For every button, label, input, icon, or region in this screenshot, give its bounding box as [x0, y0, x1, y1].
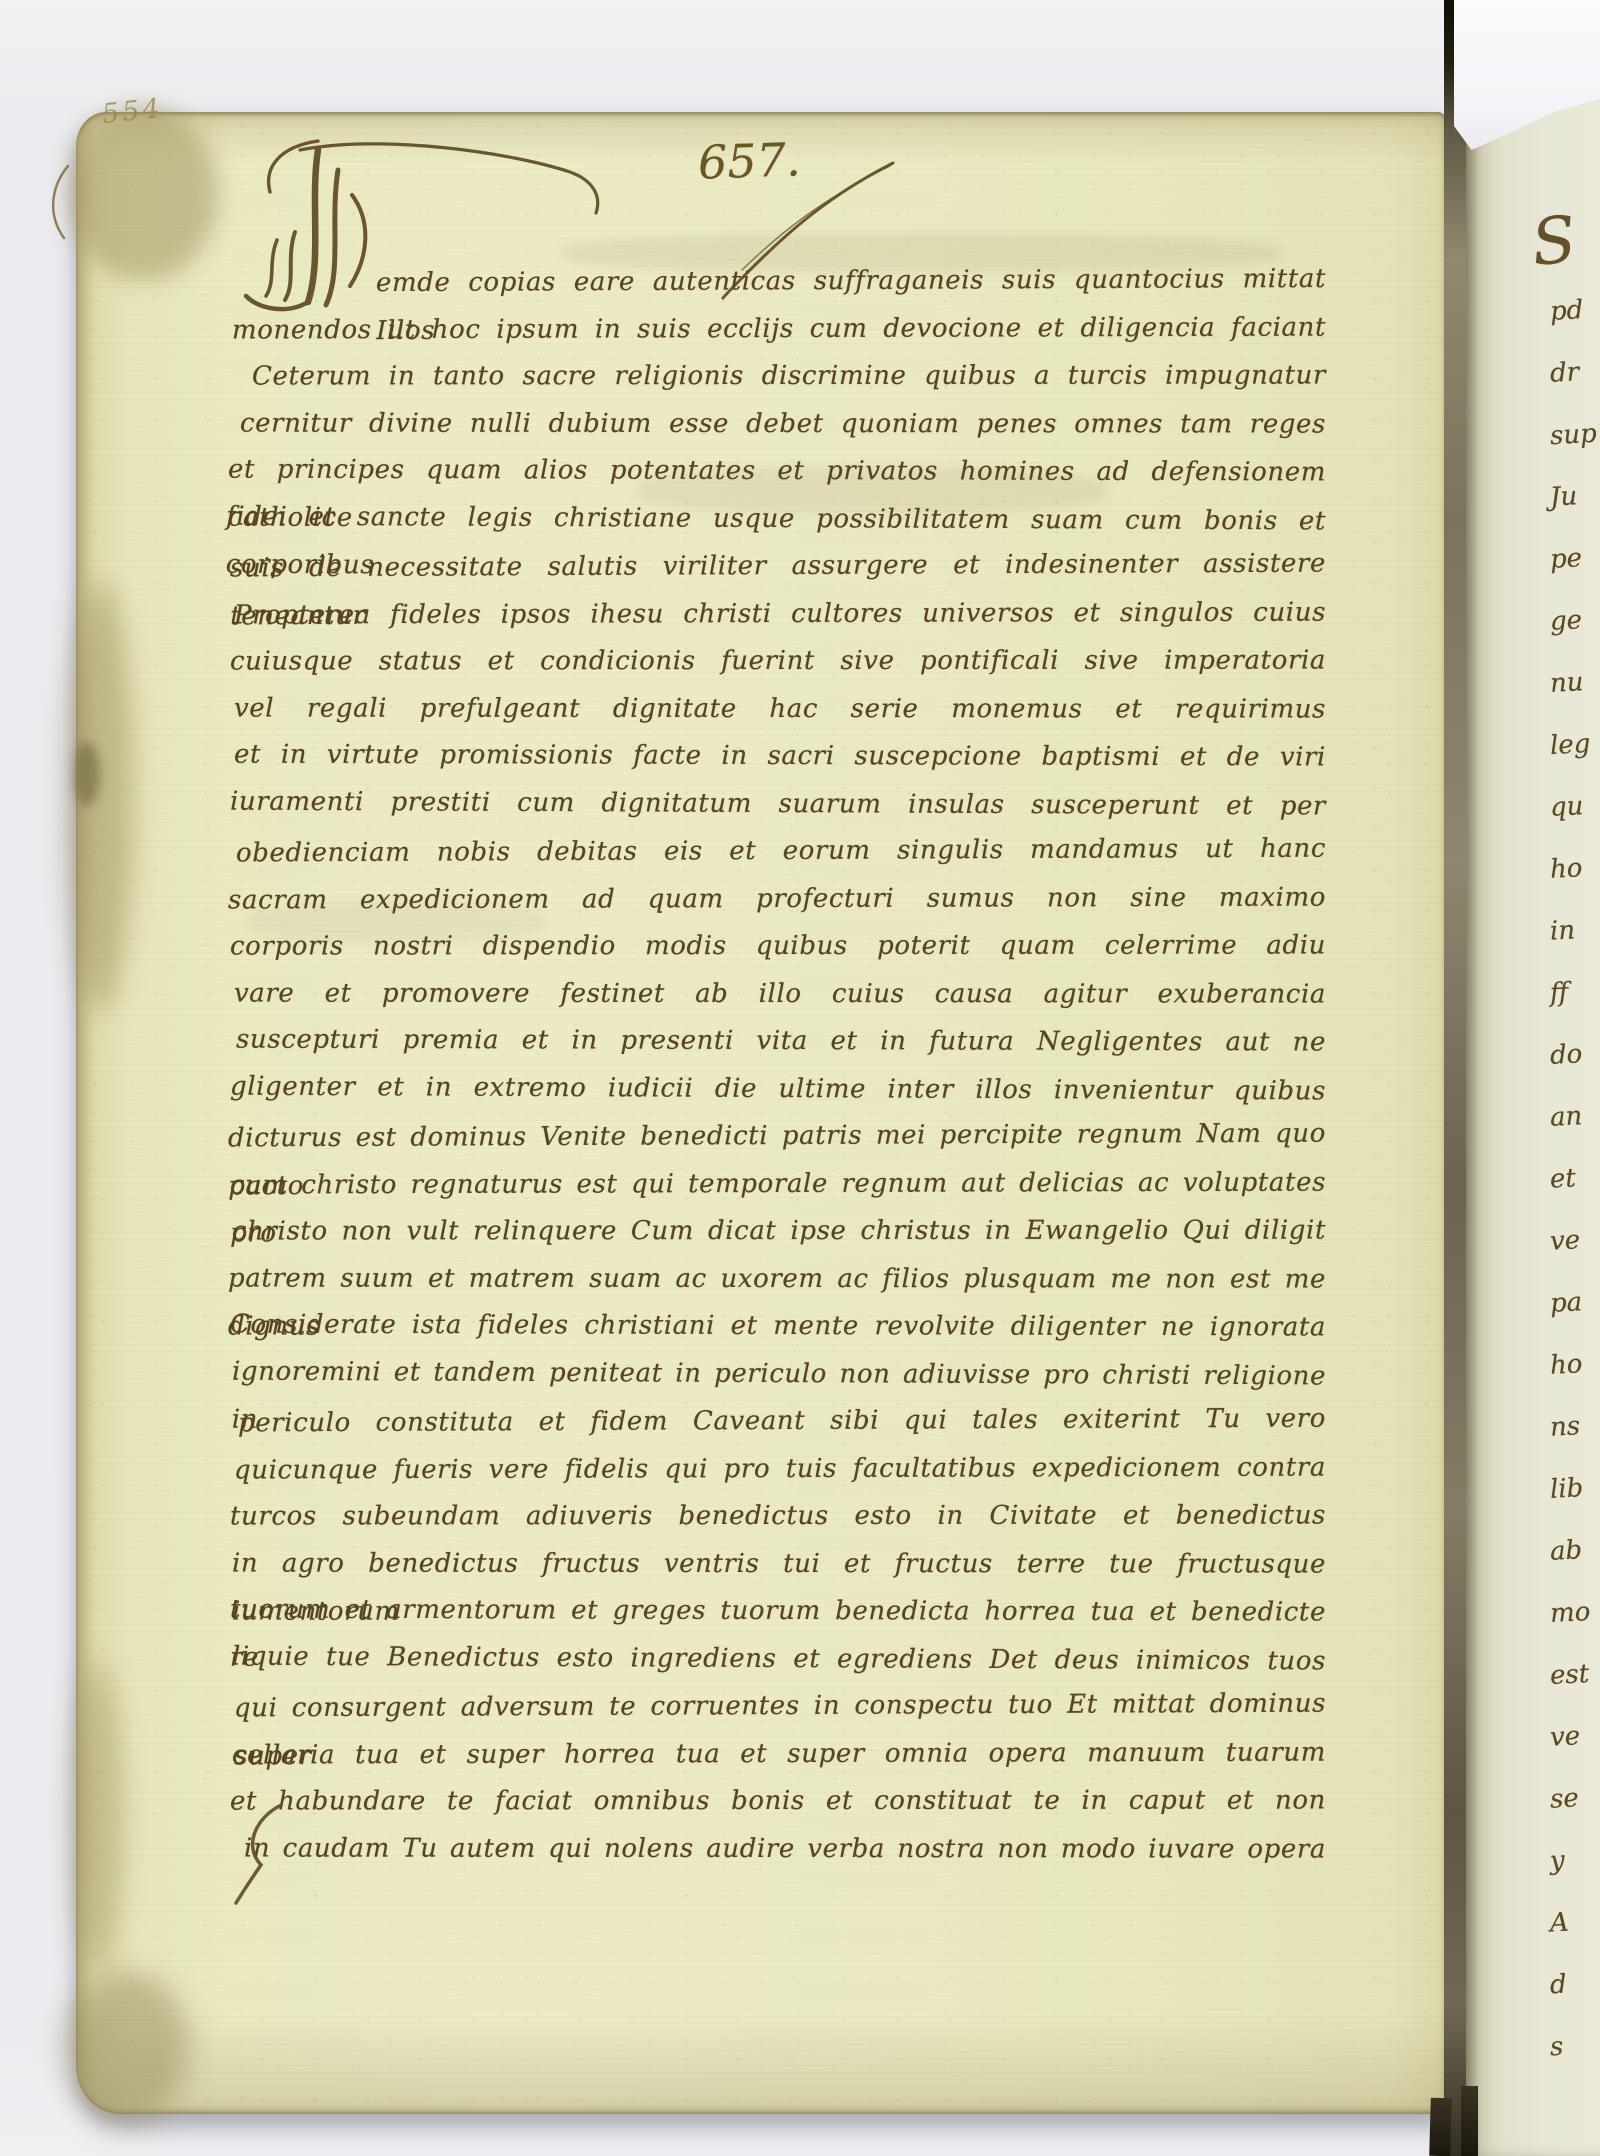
manuscript-line: sacram expedicionem ad quam profecturi s… [228, 874, 1326, 924]
next-page-text-fragment: lib [1549, 1473, 1584, 1505]
text-block: emde copias eare autenticas suffraganeis… [226, 258, 1326, 1873]
initial-letter-value: D [0, 0, 1, 1]
next-page-text-fragment: d [1549, 1970, 1567, 2001]
next-page-text-fragment: pa [1549, 1287, 1583, 1319]
edge-stain [74, 742, 100, 806]
scan-background: 554 657. D [0, 0, 1600, 2156]
next-page-text-fragment: est [1549, 1659, 1590, 1691]
next-page-text-fragment: ve [1549, 1721, 1581, 1753]
next-page-text-fragment: y [1549, 1846, 1565, 1877]
next-page-text-fragment: ge [1549, 605, 1583, 637]
next-page-text-fragment: ve [1549, 1225, 1581, 1257]
manuscript-line: christo non vult relinquere Cum dicat ip… [232, 1208, 1326, 1256]
next-page-text-fragment: in [1549, 915, 1576, 946]
next-page-text-fragment: S [1528, 203, 1579, 281]
manuscript-line: in caudam Tu autem qui nolens audire ver… [244, 1825, 1326, 1873]
manuscript-line: turcos subeundam adiuveris benedictus es… [230, 1493, 1326, 1541]
edge-stain [66, 582, 134, 1012]
manuscript-line: cum christo regnaturus est qui temporale… [230, 1159, 1326, 1209]
manuscript-line: qui consurgent adversum te corruentes in… [234, 1681, 1326, 1733]
manuscript-line: Propterea fideles ipsos ihesu christi cu… [234, 589, 1326, 639]
manuscript-line: ignoremini et tandem peniteat in pericul… [232, 1348, 1326, 1400]
manuscript-line: patrem suum et matrem suam ac uxorem ac … [228, 1255, 1326, 1303]
next-page-text-fragment: ho [1549, 853, 1583, 885]
manuscript-line: suis de necessitate salutis viriliter as… [230, 541, 1326, 593]
manuscript-line: cuiusque status et condicionis fuerint s… [230, 638, 1326, 686]
manuscript-line: iuramenti prestiti cum dignitatum suarum… [230, 778, 1326, 830]
manuscript-line: Ceterum in tanto sacre religionis discri… [252, 353, 1326, 401]
corner-stain [64, 1972, 189, 2122]
manuscript-line: quicunque fueris vere fidelis qui pro tu… [234, 1444, 1326, 1494]
next-page-text-fragment: sup [1549, 419, 1597, 451]
next-page-text-fragment: mo [1549, 1597, 1591, 1629]
manuscript-line: in agro benedictus fructus ventris tui e… [232, 1540, 1326, 1588]
next-page-text-fragment: pd [1549, 295, 1584, 327]
next-page-text-fragment: ff [1549, 978, 1569, 1009]
manuscript-line: fidei et sancte legis christiane usque p… [226, 493, 1326, 545]
manuscript-line: et principes quam alios potentates et pr… [228, 447, 1326, 497]
manuscript-line: gligenter et in extremo iudicii die ulti… [230, 1063, 1326, 1115]
manuscript-line: et habundare te faciat omnibus bonis et … [230, 1778, 1326, 1826]
next-page-text-fragment: ns [1549, 1411, 1581, 1443]
next-page-text-fragment: pe [1549, 543, 1583, 575]
manuscript-line: cernitur divine nulli dubium esse debet … [240, 400, 1326, 448]
next-page-text-fragment: qu [1549, 791, 1584, 823]
manuscript-line: emde copias eare autenticas suffraganeis… [376, 256, 1326, 308]
manuscript-line: et in virtute promissionis facte in sacr… [234, 732, 1326, 782]
spine-edge [1461, 2086, 1478, 2156]
next-page-text-fragment: ho [1549, 1349, 1583, 1381]
next-page-text-fragment: leg [1549, 729, 1591, 761]
manuscript-line: periculo constituta et fidem Caveant sib… [238, 1396, 1326, 1448]
binding-gutter [1444, 0, 1468, 2156]
manuscript-line: vel regali prefulgeant dignitate hac ser… [234, 685, 1326, 733]
manuscript-line: obedienciam nobis debitas eis et eorum s… [236, 826, 1326, 878]
manuscript-line: Considerate ista fideles christiani et m… [230, 1302, 1326, 1352]
next-page-text-fragment: do [1549, 1039, 1583, 1071]
manuscript-line: corporis nostri dispendio modis quibus p… [230, 923, 1326, 971]
next-page-text-fragment: Ju [1549, 481, 1578, 512]
next-page-text-fragment: nu [1549, 667, 1584, 699]
folio-number: 657. [697, 132, 801, 190]
next-page-text-fragment: dr [1549, 357, 1580, 388]
next-page-text-fragment: an [1549, 1101, 1583, 1133]
manuscript-line: suscepturi premia et in presenti vita et… [236, 1017, 1326, 1067]
manuscript-line: tuorum et armentorum et greges tuorum be… [230, 1587, 1326, 1637]
next-page-sliver: SpddrsupJupegenulegquhoinffdoanetvepahon… [1466, 0, 1600, 2156]
manuscript-line: dicturus est dominus Venite benedicti pa… [228, 1111, 1326, 1163]
spine-edge [1429, 2098, 1452, 2156]
next-page-text-fragment: ab [1549, 1535, 1583, 1567]
next-page-text-fragment: et [1549, 1163, 1576, 1194]
manuscript-line: cellaria tua et super horrea tua et supe… [232, 1729, 1326, 1779]
manuscript-line: liquie tue Benedictus esto ingrediens et… [232, 1633, 1326, 1685]
edge-stain [70, 1662, 124, 1972]
corner-annotation: 554 [101, 93, 164, 130]
next-page-text-fragment: A [1549, 1908, 1569, 1939]
manuscript-line: monendos ut hoc ipsum in suis ecclijs cu… [232, 304, 1326, 354]
next-page-text-fragment: se [1549, 1783, 1579, 1814]
next-page-text-fragment: s [1549, 2032, 1564, 2063]
corner-stain [68, 106, 218, 281]
manuscript-line: vare et promovere festinet ab illo cuius… [234, 970, 1326, 1018]
